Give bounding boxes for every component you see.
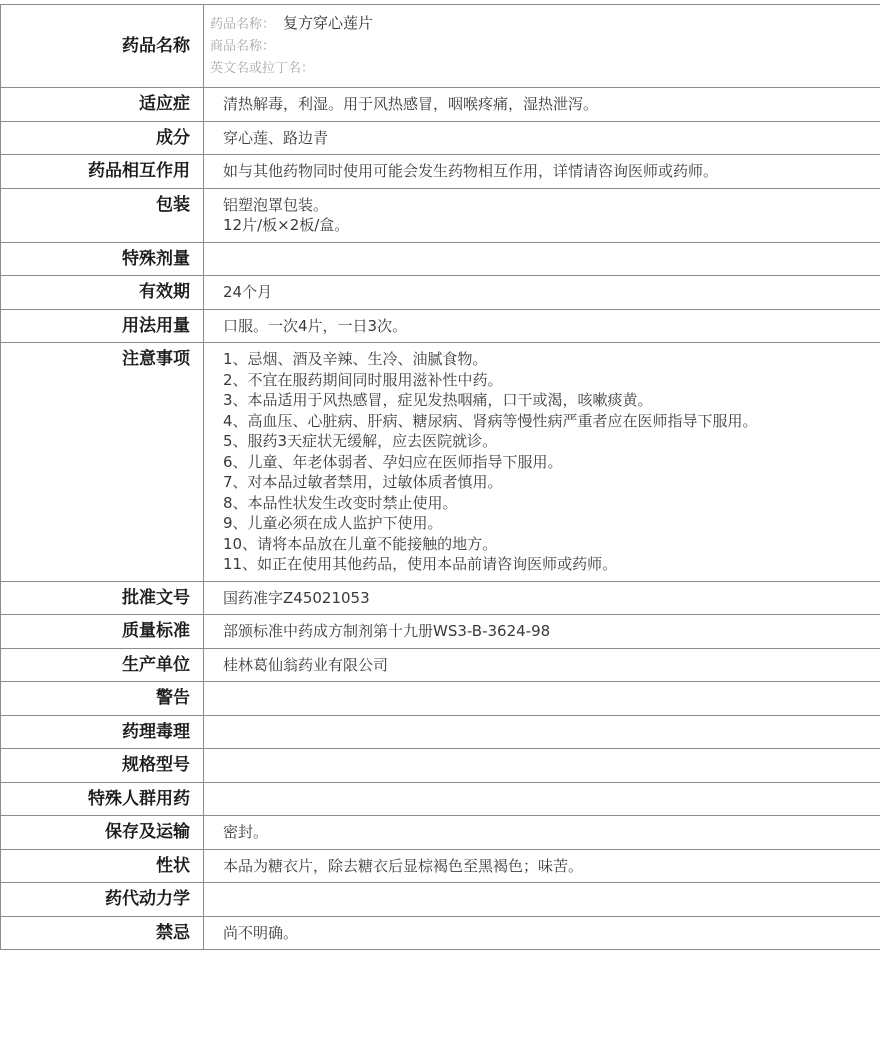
row-value: 穿心莲、路边青 — [204, 121, 880, 155]
row-value — [204, 749, 880, 783]
table-row: 警告 — [1, 682, 880, 716]
value-line: 口服。一次4片，一日3次。 — [223, 316, 868, 337]
row-label: 药理毒理 — [1, 715, 204, 749]
value-line: 9、儿童必须在成人监护下使用。 — [223, 513, 868, 534]
table-row: 注意事项1、忌烟、酒及辛辣、生冷、油腻食物。2、不宜在服药期间同时服用滋补性中药… — [1, 343, 880, 582]
row-value — [204, 782, 880, 816]
value-line: 24个月 — [223, 282, 868, 303]
row-label: 药代动力学 — [1, 883, 204, 917]
row-label: 特殊剂量 — [1, 242, 204, 276]
row-value: 本品为糖衣片，除去糖衣后显棕褐色至黑褐色；味苦。 — [204, 849, 880, 883]
row-label: 药品名称 — [1, 5, 204, 88]
drug-info-table: 药品名称 药品名称：复方穿心莲片 商品名称： 英文名或拉丁名： 适应症清热解毒，… — [0, 4, 880, 950]
row-label: 禁忌 — [1, 916, 204, 950]
row-label: 保存及运输 — [1, 816, 204, 850]
row-label: 成分 — [1, 121, 204, 155]
value-line: 如与其他药物同时使用可能会发生药物相互作用，详情请咨询医师或药师。 — [223, 161, 868, 182]
row-value: 铝塑泡罩包装。12片/板×2板/盒。 — [204, 188, 880, 242]
row-label: 生产单位 — [1, 648, 204, 682]
table-row: 性状本品为糖衣片，除去糖衣后显棕褐色至黑褐色；味苦。 — [1, 849, 880, 883]
row-value: 国药准字Z45021053 — [204, 581, 880, 615]
value-line: 2、不宜在服药期间同时服用滋补性中药。 — [223, 370, 868, 391]
row-value — [204, 242, 880, 276]
field-name: 商品名称： — [210, 39, 275, 54]
row-label: 质量标准 — [1, 615, 204, 649]
table-row: 有效期24个月 — [1, 276, 880, 310]
field-line-english-name: 英文名或拉丁名： — [210, 57, 868, 79]
row-value — [204, 883, 880, 917]
value-line: 3、本品适用于风热感冒，症见发热咽痛，口干或渴，咳嗽痰黄。 — [223, 390, 868, 411]
value-line: 密封。 — [223, 822, 868, 843]
drug-name-value: 复方穿心莲片 — [283, 14, 373, 32]
value-line: 8、本品性状发生改变时禁止使用。 — [223, 493, 868, 514]
row-label: 特殊人群用药 — [1, 782, 204, 816]
value-line: 11、如正在使用其他药品，使用本品前请咨询医师或药师。 — [223, 554, 868, 575]
table-row: 适应症清热解毒，利湿。用于风热感冒，咽喉疼痛，湿热泄泻。 — [1, 88, 880, 122]
row-label: 批准文号 — [1, 581, 204, 615]
table-row: 包装铝塑泡罩包装。12片/板×2板/盒。 — [1, 188, 880, 242]
row-label: 有效期 — [1, 276, 204, 310]
value-line: 部颁标准中药成方制剂第十九册WS3-B-3624-98 — [223, 621, 868, 642]
table-row: 批准文号国药准字Z45021053 — [1, 581, 880, 615]
row-label: 适应症 — [1, 88, 204, 122]
row-label: 药品相互作用 — [1, 155, 204, 189]
table-row: 特殊人群用药 — [1, 782, 880, 816]
table-row: 保存及运输密封。 — [1, 816, 880, 850]
table-row: 特殊剂量 — [1, 242, 880, 276]
table-row: 用法用量口服。一次4片，一日3次。 — [1, 309, 880, 343]
value-line: 4、高血压、心脏病、肝病、糖尿病、肾病等慢性病严重者应在医师指导下服用。 — [223, 411, 868, 432]
table-row: 成分穿心莲、路边青 — [1, 121, 880, 155]
row-value: 尚不明确。 — [204, 916, 880, 950]
table-row: 生产单位桂林葛仙翁药业有限公司 — [1, 648, 880, 682]
row-value: 如与其他药物同时使用可能会发生药物相互作用，详情请咨询医师或药师。 — [204, 155, 880, 189]
row-label: 警告 — [1, 682, 204, 716]
value-line: 本品为糖衣片，除去糖衣后显棕褐色至黑褐色；味苦。 — [223, 856, 868, 877]
row-value: 桂林葛仙翁药业有限公司 — [204, 648, 880, 682]
value-line: 国药准字Z45021053 — [223, 588, 868, 609]
table-row: 规格型号 — [1, 749, 880, 783]
value-line: 穿心莲、路边青 — [223, 128, 868, 149]
table-row-drug-name: 药品名称 药品名称：复方穿心莲片 商品名称： 英文名或拉丁名： — [1, 5, 880, 88]
field-name: 英文名或拉丁名： — [210, 61, 314, 76]
field-line-product-name: 药品名称：复方穿心莲片 — [210, 13, 868, 35]
table-row: 药理毒理 — [1, 715, 880, 749]
value-line: 清热解毒，利湿。用于风热感冒，咽喉疼痛，湿热泄泻。 — [223, 94, 868, 115]
value-line: 7、对本品过敏者禁用，过敏体质者慎用。 — [223, 472, 868, 493]
value-line: 12片/板×2板/盒。 — [223, 215, 868, 236]
value-line: 5、服药3天症状无缓解，应去医院就诊。 — [223, 431, 868, 452]
value-line: 尚不明确。 — [223, 923, 868, 944]
row-label: 用法用量 — [1, 309, 204, 343]
row-label: 规格型号 — [1, 749, 204, 783]
value-line: 铝塑泡罩包装。 — [223, 195, 868, 216]
row-value: 口服。一次4片，一日3次。 — [204, 309, 880, 343]
drug-name-cell: 药品名称：复方穿心莲片 商品名称： 英文名或拉丁名： — [204, 5, 880, 88]
row-value: 1、忌烟、酒及辛辣、生冷、油腻食物。2、不宜在服药期间同时服用滋补性中药。3、本… — [204, 343, 880, 582]
row-label: 注意事项 — [1, 343, 204, 582]
value-line: 1、忌烟、酒及辛辣、生冷、油腻食物。 — [223, 349, 868, 370]
field-name: 药品名称： — [210, 17, 275, 32]
table-row: 药品相互作用如与其他药物同时使用可能会发生药物相互作用，详情请咨询医师或药师。 — [1, 155, 880, 189]
row-value: 部颁标准中药成方制剂第十九册WS3-B-3624-98 — [204, 615, 880, 649]
row-value: 密封。 — [204, 816, 880, 850]
table-row: 禁忌尚不明确。 — [1, 916, 880, 950]
value-line: 6、儿童、年老体弱者、孕妇应在医师指导下服用。 — [223, 452, 868, 473]
row-value — [204, 715, 880, 749]
value-line: 10、请将本品放在儿童不能接触的地方。 — [223, 534, 868, 555]
row-value — [204, 682, 880, 716]
row-label: 包装 — [1, 188, 204, 242]
row-label: 性状 — [1, 849, 204, 883]
table-row: 质量标准部颁标准中药成方制剂第十九册WS3-B-3624-98 — [1, 615, 880, 649]
row-value: 清热解毒，利湿。用于风热感冒，咽喉疼痛，湿热泄泻。 — [204, 88, 880, 122]
value-line: 桂林葛仙翁药业有限公司 — [223, 655, 868, 676]
row-value: 24个月 — [204, 276, 880, 310]
field-line-trade-name: 商品名称： — [210, 35, 868, 57]
table-row: 药代动力学 — [1, 883, 880, 917]
